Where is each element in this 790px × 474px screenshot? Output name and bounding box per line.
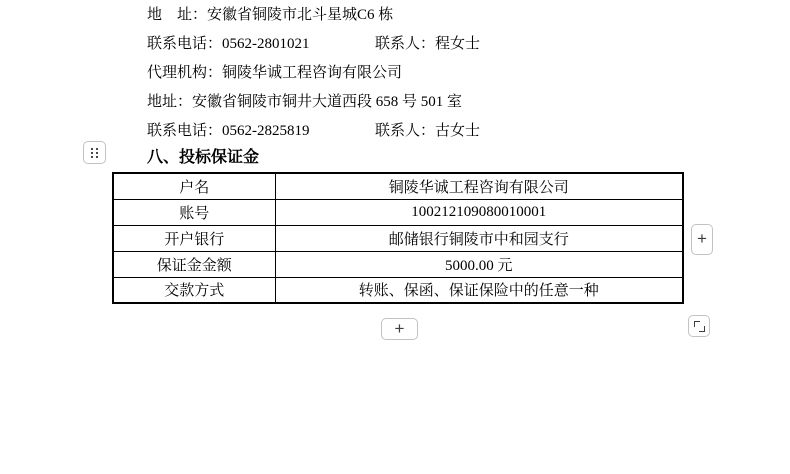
document-page: 地 址：安徽省铜陵市北斗星城C6 栋 联系电话：0562-2801021 联系人… (0, 0, 790, 474)
cell-bond-amount-value[interactable]: 5000.00 元 (275, 251, 683, 277)
cell-account-name-value[interactable]: 铜陵华诚工程咨询有限公司 (275, 173, 683, 199)
cell-payment-method-label[interactable]: 交款方式 (113, 277, 275, 303)
cell-bond-amount-label[interactable]: 保证金金额 (113, 251, 275, 277)
table-row: 保证金金额 5000.00 元 (113, 251, 683, 277)
bid-bond-table: 户名 铜陵华诚工程咨询有限公司 账号 100212109080010001 开户… (112, 172, 684, 304)
agency-phone-line: 联系电话：0562-2825819 (147, 120, 310, 142)
table-row: 账号 100212109080010001 (113, 199, 683, 225)
cell-account-number-label[interactable]: 账号 (113, 199, 275, 225)
agency-name-line: 代理机构：铜陵华诚工程咨询有限公司 (147, 62, 402, 84)
cell-bank-label[interactable]: 开户银行 (113, 225, 275, 251)
block-drag-handle[interactable] (83, 141, 106, 164)
plus-icon: + (697, 230, 707, 247)
add-row-button[interactable]: + (381, 318, 418, 340)
cell-payment-method-value[interactable]: 转账、保函、保证保险中的任意一种 (275, 277, 683, 303)
purchaser-phone-line: 联系电话：0562-2801021 (147, 33, 310, 55)
purchaser-contact-person: 联系人：程女士 (375, 33, 480, 55)
table-row: 开户银行 邮储银行铜陵市中和园支行 (113, 225, 683, 251)
drag-dots-icon (91, 148, 98, 158)
table-row: 户名 铜陵华诚工程咨询有限公司 (113, 173, 683, 199)
add-column-button[interactable]: + (691, 224, 713, 255)
corner-resize-icon (694, 321, 705, 332)
agency-contact-person: 联系人：古女士 (375, 120, 480, 142)
table-resize-button[interactable] (688, 315, 710, 337)
plus-icon: + (395, 320, 405, 337)
section-heading-bid-bond: 八、投标保证金 (147, 147, 259, 169)
table-row: 交款方式 转账、保函、保证保险中的任意一种 (113, 277, 683, 303)
agency-address-line: 地址：安徽省铜陵市铜井大道西段 658 号 501 室 (147, 91, 462, 113)
cell-account-name-label[interactable]: 户名 (113, 173, 275, 199)
cell-account-number-value[interactable]: 100212109080010001 (275, 199, 683, 225)
purchaser-address-line: 地 址：安徽省铜陵市北斗星城C6 栋 (147, 4, 393, 26)
cell-bank-value[interactable]: 邮储银行铜陵市中和园支行 (275, 225, 683, 251)
